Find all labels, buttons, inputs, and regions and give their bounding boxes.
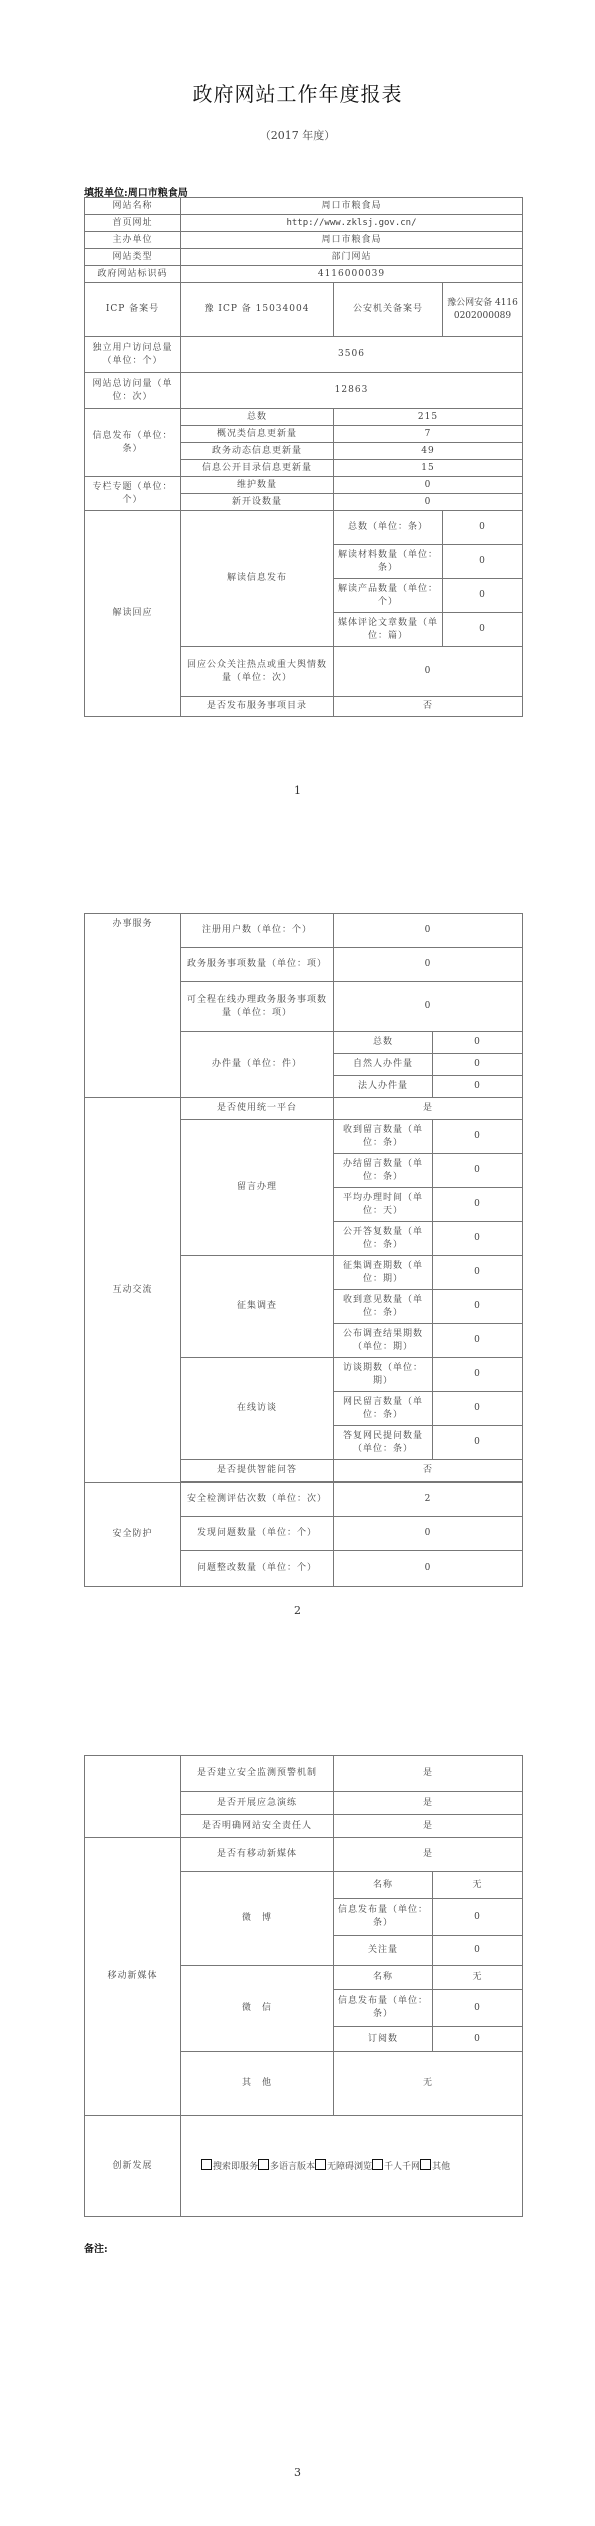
label-site-name: 网站名称 <box>85 198 181 215</box>
label-weibo: 微 博 <box>181 1872 334 1966</box>
label-hotspot-response: 回应公众关注热点或重大舆情数量（单位：次） <box>181 647 334 697</box>
info-publish-row-value: 7 <box>334 426 523 443</box>
security-row-value: 0 <box>334 1517 523 1551</box>
label-unified-platform: 是否使用统一平台 <box>181 1098 334 1120</box>
security-row-label: 问题整改数量（单位：个） <box>181 1551 334 1587</box>
weibo-row-label: 名称 <box>334 1872 433 1899</box>
interview-row-value: 0 <box>433 1426 523 1460</box>
value-service-catalog: 否 <box>334 697 523 717</box>
label-other-media: 其 他 <box>181 2052 334 2116</box>
wechat-row-label: 订阅数 <box>334 2027 433 2052</box>
security-row-label: 安全检测评估次数（单位：次） <box>181 1483 334 1517</box>
interview-row-label: 访谈期数（单位：期） <box>334 1358 433 1392</box>
value-hotspot-response: 0 <box>334 647 523 697</box>
value-homepage: http://www.zklsj.gov.cn/ <box>181 215 523 232</box>
messages-row-value: 0 <box>433 1188 523 1222</box>
page-number-1: 1 <box>0 784 595 797</box>
messages-row-value: 0 <box>433 1120 523 1154</box>
checkbox-icon[interactable] <box>372 2159 383 2170</box>
security-row-label: 是否明确网站安全责任人 <box>181 1815 334 1838</box>
info-publish-row-value: 49 <box>334 443 523 460</box>
cases-row-label: 总数 <box>334 1032 433 1054</box>
interpretation-row-value: 0 <box>443 545 523 579</box>
interpretation-row-label: 解读产品数量（单位：个） <box>334 579 443 613</box>
label-cases: 办件量（单位：件） <box>181 1032 334 1098</box>
security-row-value: 2 <box>334 1483 523 1517</box>
security-row-label: 发现问题数量（单位：个） <box>181 1517 334 1551</box>
value-police-record: 豫公网安备 41160202000089 <box>443 283 523 337</box>
services-row-value: 0 <box>334 914 523 948</box>
interpretation-row-label: 总数（单位：条） <box>334 511 443 545</box>
info-publish-row-label: 信息公开目录信息更新量 <box>181 460 334 477</box>
security-continued-cell <box>85 1756 181 1838</box>
survey-row-label: 征集调查期数（单位：期） <box>334 1256 433 1290</box>
columns-row-label: 维护数量 <box>181 477 334 494</box>
page-number-2: 2 <box>0 1604 595 1617</box>
services-row-label: 可全程在线办理政务服务事项数量（单位：项） <box>181 982 334 1032</box>
security-row-value: 是 <box>334 1792 523 1815</box>
security-row-label: 是否建立安全监测预警机制 <box>181 1756 334 1792</box>
weibo-row-label: 关注量 <box>334 1936 433 1966</box>
columns-row-label: 新开设数量 <box>181 494 334 511</box>
interview-row-label: 答复网民提问数量（单位：条） <box>334 1426 433 1460</box>
survey-row-label: 收到意见数量（单位：条） <box>334 1290 433 1324</box>
messages-row-value: 0 <box>433 1222 523 1256</box>
interpretation-row-value: 0 <box>443 511 523 545</box>
messages-row-label: 公开答复数量（单位：条） <box>334 1222 433 1256</box>
wechat-row-value: 0 <box>433 1990 523 2027</box>
cases-row-label: 自然人办件量 <box>334 1054 433 1076</box>
value-sponsor: 周口市粮食局 <box>181 232 523 249</box>
label-info-publish: 信息发布（单位：条） <box>85 409 181 477</box>
label-site-type: 网站类型 <box>85 249 181 266</box>
value-unified-platform: 是 <box>334 1098 523 1120</box>
value-site-name: 周口市粮食局 <box>181 198 523 215</box>
value-icp: 豫 ICP 备 15034004 <box>181 283 334 337</box>
label-smart-qa: 是否提供智能问答 <box>181 1460 334 1482</box>
label-service-catalog: 是否发布服务事项目录 <box>181 697 334 717</box>
label-columns: 专栏专题（单位：个） <box>85 477 181 511</box>
label-services: 办事服务 <box>85 914 181 1098</box>
innovation-option[interactable]: 无障碍浏览 <box>315 2162 372 2172</box>
label-icp: ICP 备案号 <box>85 283 181 337</box>
checkbox-icon[interactable] <box>258 2159 269 2170</box>
cases-row-value: 0 <box>433 1032 523 1054</box>
value-unique-visitors: 3506 <box>181 337 523 373</box>
wechat-row-value: 无 <box>433 1966 523 1990</box>
messages-row-label: 平均办理时间（单位：天） <box>334 1188 433 1222</box>
wechat-row-label: 名称 <box>334 1966 433 1990</box>
columns-row-value: 0 <box>334 494 523 511</box>
report-year: （2017 年度） <box>0 127 595 143</box>
label-interpretation: 解读回应 <box>85 511 181 717</box>
innovation-option[interactable]: 千人千网 <box>372 2162 420 2172</box>
weibo-row-value: 0 <box>433 1899 523 1936</box>
survey-row-label: 公布调查结果期数（单位：期） <box>334 1324 433 1358</box>
info-publish-row-value: 215 <box>334 409 523 426</box>
interview-row-value: 0 <box>433 1358 523 1392</box>
label-site-code: 政府网站标识码 <box>85 266 181 283</box>
innovation-options: 搜索即服务多语言版本无障碍浏览千人千网其他 <box>181 2116 523 2217</box>
label-interpretation-publish: 解读信息发布 <box>181 511 334 647</box>
messages-row-label: 收到留言数量（单位：条） <box>334 1120 433 1154</box>
services-row-label: 注册用户数（单位：个） <box>181 914 334 948</box>
label-page-views: 网站总访问量（单位：次） <box>85 373 181 409</box>
weibo-row-value: 0 <box>433 1936 523 1966</box>
report-table-page-3: 是否建立安全监测预警机制 是 是否开展应急演练 是 是否明确网站安全责任人 是 … <box>84 1755 523 2217</box>
label-unique-visitors: 独立用户访问总量（单位：个） <box>85 337 181 373</box>
services-row-value: 0 <box>334 982 523 1032</box>
value-site-code: 4116000039 <box>181 266 523 283</box>
label-interview: 在线访谈 <box>181 1358 334 1460</box>
page-number-3: 3 <box>0 2466 595 2479</box>
checkbox-icon[interactable] <box>201 2159 212 2170</box>
security-row-label: 是否开展应急演练 <box>181 1792 334 1815</box>
info-publish-row-label: 政务动态信息更新量 <box>181 443 334 460</box>
label-interaction: 互动交流 <box>85 1098 181 1483</box>
interview-row-value: 0 <box>433 1392 523 1426</box>
label-homepage: 首页网址 <box>85 215 181 232</box>
label-innovation: 创新发展 <box>85 2116 181 2217</box>
label-police-record: 公安机关备案号 <box>334 283 443 337</box>
checkbox-icon[interactable] <box>315 2159 326 2170</box>
columns-row-value: 0 <box>334 477 523 494</box>
label-survey: 征集调查 <box>181 1256 334 1358</box>
label-wechat: 微 信 <box>181 1966 334 2052</box>
survey-row-value: 0 <box>433 1256 523 1290</box>
messages-row-value: 0 <box>433 1154 523 1188</box>
report-table-page-2: 办事服务 注册用户数（单位：个） 0 政务服务事项数量（单位：项） 0 可全程在… <box>84 913 523 1587</box>
wechat-row-label: 信息发布量（单位：条） <box>334 1990 433 2027</box>
interpretation-row-value: 0 <box>443 579 523 613</box>
label-new-media: 移动新媒体 <box>85 1838 181 2116</box>
weibo-row-value: 无 <box>433 1872 523 1899</box>
interpretation-row-label: 解读材料数量（单位：条） <box>334 545 443 579</box>
page-title: 政府网站工作年度报表 <box>0 78 595 107</box>
value-smart-qa: 否 <box>334 1460 523 1482</box>
survey-row-value: 0 <box>433 1324 523 1358</box>
services-row-value: 0 <box>334 948 523 982</box>
label-messages: 留言办理 <box>181 1120 334 1256</box>
label-security: 安全防护 <box>85 1483 181 1587</box>
remark-label: 备注: <box>84 2240 108 2255</box>
label-has-new-media: 是否有移动新媒体 <box>181 1838 334 1872</box>
value-site-type: 部门网站 <box>181 249 523 266</box>
cases-row-value: 0 <box>433 1054 523 1076</box>
label-sponsor: 主办单位 <box>85 232 181 249</box>
value-has-new-media: 是 <box>334 1838 523 1872</box>
cases-row-value: 0 <box>433 1076 523 1098</box>
security-row-value: 是 <box>334 1815 523 1838</box>
innovation-option[interactable]: 多语言版本 <box>258 2162 315 2172</box>
innovation-option[interactable]: 搜索即服务 <box>201 2162 258 2172</box>
security-row-value: 是 <box>334 1756 523 1792</box>
weibo-row-label: 信息发布量（单位：条） <box>334 1899 433 1936</box>
survey-row-value: 0 <box>433 1290 523 1324</box>
interpretation-row-value: 0 <box>443 613 523 647</box>
value-page-views: 12863 <box>181 373 523 409</box>
security-row-value: 0 <box>334 1551 523 1587</box>
info-publish-row-value: 15 <box>334 460 523 477</box>
cases-row-label: 法人办件量 <box>334 1076 433 1098</box>
info-publish-row-label: 总数 <box>181 409 334 426</box>
messages-row-label: 办结留言数量（单位：条） <box>334 1154 433 1188</box>
value-other-media: 无 <box>334 2052 523 2116</box>
interview-row-label: 网民留言数量（单位：条） <box>334 1392 433 1426</box>
info-publish-row-label: 概况类信息更新量 <box>181 426 334 443</box>
innovation-option[interactable]: 其他 <box>420 2162 450 2172</box>
checkbox-icon[interactable] <box>420 2159 431 2170</box>
report-table-page-1: 网站名称 周口市粮食局 首页网址 http://www.zklsj.gov.cn… <box>84 197 523 717</box>
interpretation-row-label: 媒体评论文章数量（单位：篇） <box>334 613 443 647</box>
services-row-label: 政务服务事项数量（单位：项） <box>181 948 334 982</box>
wechat-row-value: 0 <box>433 2027 523 2052</box>
